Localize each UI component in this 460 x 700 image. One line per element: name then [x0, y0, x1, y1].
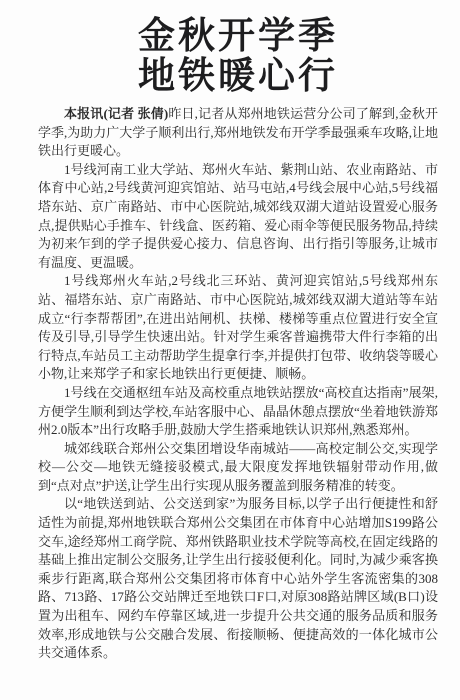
article-paragraph-5: 城郊线联合郑州公交集团增设华南城站——高校定制公交,实现学校—公交—地铁无缝接驳… [38, 440, 438, 496]
article-paragraph-6: 以“地铁送到站、公交送到家”为服务目标,以学子出行便捷性和舒适性为前提,郑州地铁… [38, 495, 438, 662]
article-headline: 金秋开学季 地铁暖心行 [38, 16, 438, 96]
newspaper-article-page: 金秋开学季 地铁暖心行 本报讯(记者 张倩)昨日,记者从郑州地铁运营分公司了解到… [0, 0, 460, 700]
article-paragraph-4: 1号线在交通枢纽车站及高校重点地铁站摆放“高校直达指南”展架,方便学生顺利到达学… [38, 384, 438, 440]
article-paragraph-3: 1号线郑州火车站,2号线北三环站、黄河迎宾馆站,5号线郑州东站、福塔东站、京广南… [38, 272, 438, 384]
article-paragraph-1: 本报讯(记者 张倩)昨日,记者从郑州地铁运营分公司了解到,金秋开学季,为助力广大… [38, 105, 438, 161]
article-body: 本报讯(记者 张倩)昨日,记者从郑州地铁运营分公司了解到,金秋开学季,为助力广大… [38, 105, 438, 663]
article-paragraph-2: 1号线河南工业大学站、郑州火车站、紫荆山站、农业南路站、市体育中心站,2号线黄河… [38, 161, 438, 273]
headline-line-1: 金秋开学季 [38, 16, 438, 56]
byline-lead: 本报讯(记者 张倩) [64, 106, 168, 121]
headline-line-2: 地铁暖心行 [38, 56, 438, 96]
